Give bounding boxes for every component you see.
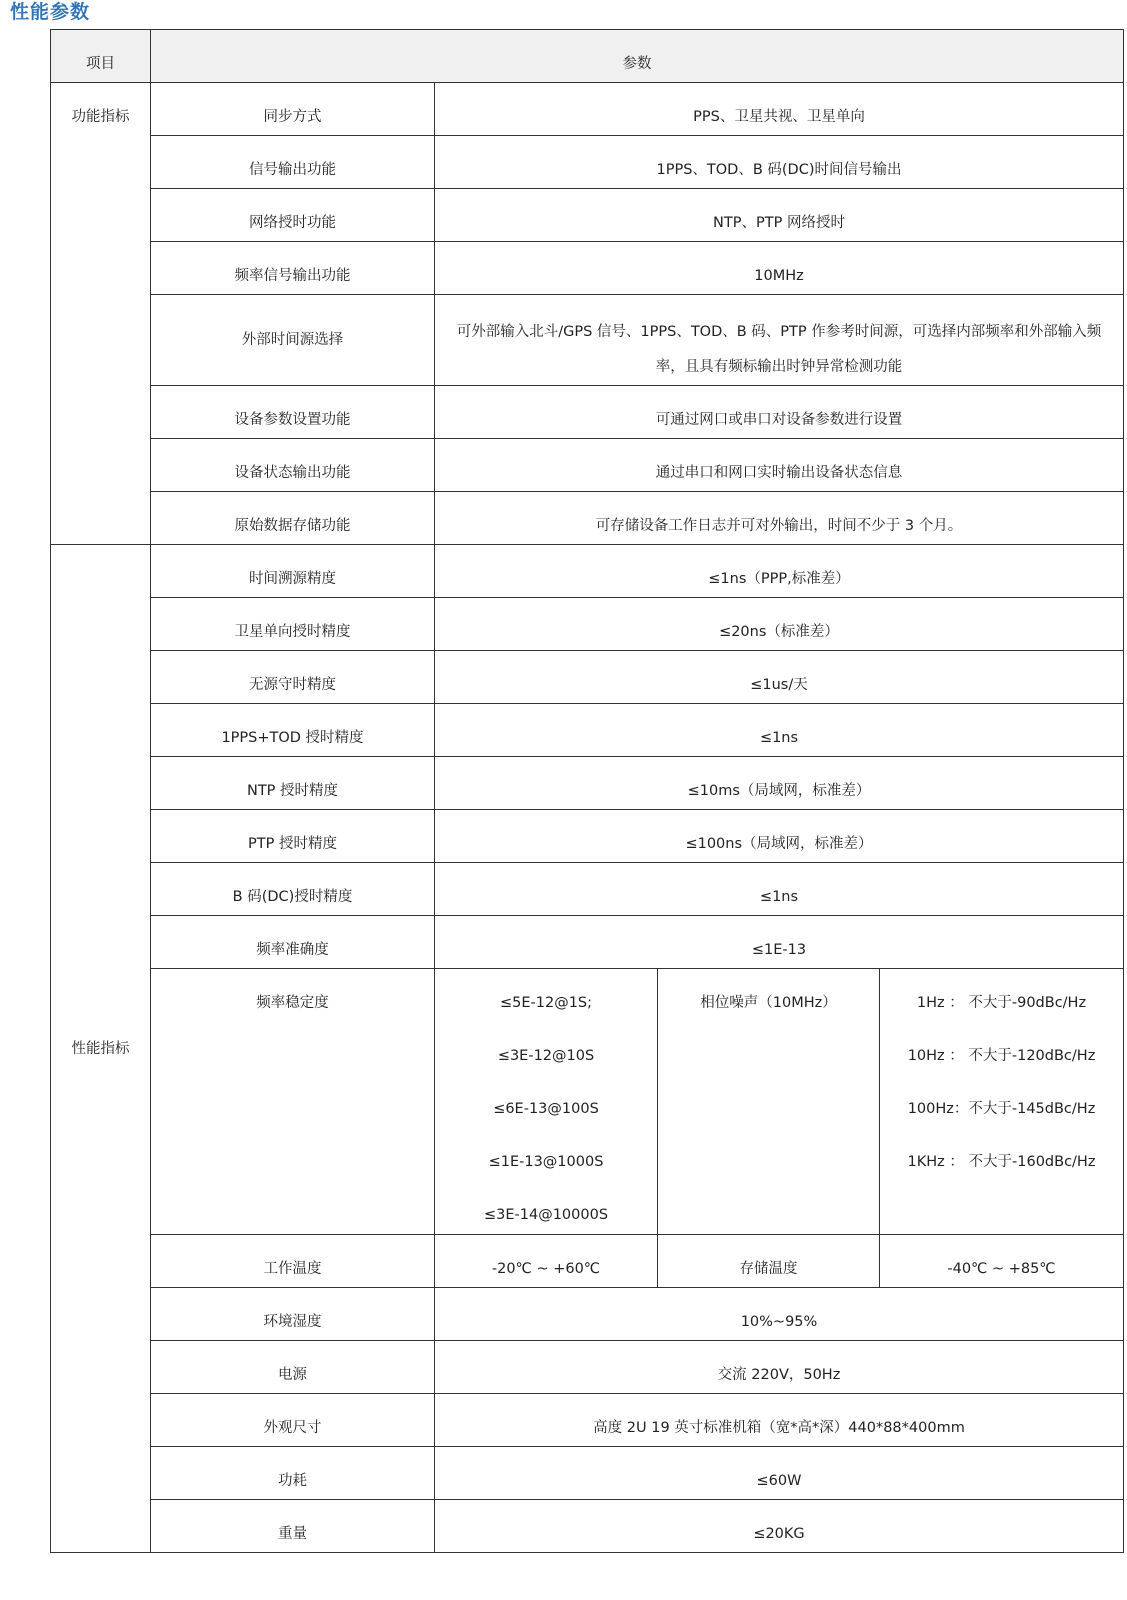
table-row: 信号输出功能 1PPS、TOD、B 码(DC)时间信号输出 [51,136,1124,189]
row-label: 外部时间源选择 [151,295,435,386]
table-row: NTP 授时精度 ≤10ms（局域网，标准差） [51,757,1124,810]
row-value: ≤1ns [435,704,1124,757]
row-value: 交流 220V，50Hz [435,1341,1124,1394]
table-row: B 码(DC)授时精度 ≤1ns [51,863,1124,916]
row-value: ≤60W [435,1447,1124,1500]
row-label: 无源守时精度 [151,651,435,704]
row-label: 原始数据存储功能 [151,492,435,545]
table-row: 原始数据存储功能 可存储设备工作日志并可对外输出，时间不少于 3 个月。 [51,492,1124,545]
table-row: 功能指标 同步方式 PPS、卫星共视、卫星单向 [51,83,1124,136]
table-row: PTP 授时精度 ≤100ns（局域网，标准差） [51,810,1124,863]
row-label: 功耗 [151,1447,435,1500]
row-value: ≤1E-13 [435,916,1124,969]
row-value: NTP、PTP 网络授时 [435,189,1124,242]
row-label: 工作温度 [151,1235,435,1288]
table-row: 网络授时功能 NTP、PTP 网络授时 [51,189,1124,242]
table-row: 环境湿度 10%~95% [51,1288,1124,1341]
row-value: 10%~95% [435,1288,1124,1341]
row-value: 10MHz [435,242,1124,295]
row-value: PPS、卫星共视、卫星单向 [435,83,1124,136]
row-value: ≤1ns（PPP,标准差） [435,545,1124,598]
row-label: 频率稳定度 [151,969,435,1235]
row-value: 通过串口和网口实时输出设备状态信息 [435,439,1124,492]
row-label: 电源 [151,1341,435,1394]
row-value: 高度 2U 19 英寸标准机箱（宽*高*深）440*88*400mm [435,1394,1124,1447]
row-label: 1PPS+TOD 授时精度 [151,704,435,757]
section-title: 性能参数 [10,0,90,24]
table-row-stability: 频率稳定度 ≤5E-12@1S; ≤3E-12@10S ≤6E-13@100S … [51,969,1124,1235]
row-value: ≤100ns（局域网，标准差） [435,810,1124,863]
table-row: 性能指标 时间溯源精度 ≤1ns（PPP,标准差） [51,545,1124,598]
row-label: PTP 授时精度 [151,810,435,863]
row-value: ≤20ns（标准差） [435,598,1124,651]
table-row: 设备状态输出功能 通过串口和网口实时输出设备状态信息 [51,439,1124,492]
row-label: 环境湿度 [151,1288,435,1341]
table-row: 功耗 ≤60W [51,1447,1124,1500]
row-value: ≤1ns [435,863,1124,916]
table-row: 1PPS+TOD 授时精度 ≤1ns [51,704,1124,757]
phase-noise-label: 相位噪声（10MHz） [658,969,880,1235]
row-value: 可通过网口或串口对设备参数进行设置 [435,386,1124,439]
phase-noise-values: 1Hz ： 不大于-90dBc/Hz 10Hz ： 不大于-120dBc/Hz … [880,969,1124,1235]
row-label: 重量 [151,1500,435,1553]
storage-temp-label: 存储温度 [658,1235,880,1288]
header-item: 项目 [51,30,151,83]
table-row: 外部时间源选择 可外部输入北斗/GPS 信号、1PPS、TOD、B 码、PTP … [51,295,1124,386]
row-label: 同步方式 [151,83,435,136]
table-row-temperature: 工作温度 -20℃ ~ +60℃ 存储温度 -40℃ ~ +85℃ [51,1235,1124,1288]
table-row: 设备参数设置功能 可通过网口或串口对设备参数进行设置 [51,386,1124,439]
row-label: B 码(DC)授时精度 [151,863,435,916]
stability-values: ≤5E-12@1S; ≤3E-12@10S ≤6E-13@100S ≤1E-13… [435,969,658,1235]
row-label: 网络授时功能 [151,189,435,242]
category-function: 功能指标 [51,83,151,545]
row-label: 设备状态输出功能 [151,439,435,492]
row-value: 1PPS、TOD、B 码(DC)时间信号输出 [435,136,1124,189]
row-value: 可存储设备工作日志并可对外输出，时间不少于 3 个月。 [435,492,1124,545]
row-value: 可外部输入北斗/GPS 信号、1PPS、TOD、B 码、PTP 作参考时间源，可… [435,295,1124,386]
row-label: 频率信号输出功能 [151,242,435,295]
row-value: ≤20KG [435,1500,1124,1553]
table-row: 电源 交流 220V，50Hz [51,1341,1124,1394]
row-value: ≤10ms（局域网，标准差） [435,757,1124,810]
table-row: 重量 ≤20KG [51,1500,1124,1553]
row-label: 外观尺寸 [151,1394,435,1447]
table-row: 频率信号输出功能 10MHz [51,242,1124,295]
operating-temp-value: -20℃ ~ +60℃ [435,1235,658,1288]
row-label: 卫星单向授时精度 [151,598,435,651]
table-row: 外观尺寸 高度 2U 19 英寸标准机箱（宽*高*深）440*88*400mm [51,1394,1124,1447]
row-label: 时间溯源精度 [151,545,435,598]
table-row: 卫星单向授时精度 ≤20ns（标准差） [51,598,1124,651]
row-label: 频率准确度 [151,916,435,969]
category-performance: 性能指标 [51,545,151,1553]
table-header-row: 项目 参数 [51,30,1124,83]
table-row: 频率准确度 ≤1E-13 [51,916,1124,969]
row-label: 设备参数设置功能 [151,386,435,439]
row-value: ≤1us/天 [435,651,1124,704]
storage-temp-value: -40℃ ~ +85℃ [880,1235,1124,1288]
row-label: NTP 授时精度 [151,757,435,810]
row-label: 信号输出功能 [151,136,435,189]
table-row: 无源守时精度 ≤1us/天 [51,651,1124,704]
spec-table: 项目 参数 功能指标 同步方式 PPS、卫星共视、卫星单向 信号输出功能 1PP… [50,29,1124,1553]
header-param: 参数 [151,30,1124,83]
